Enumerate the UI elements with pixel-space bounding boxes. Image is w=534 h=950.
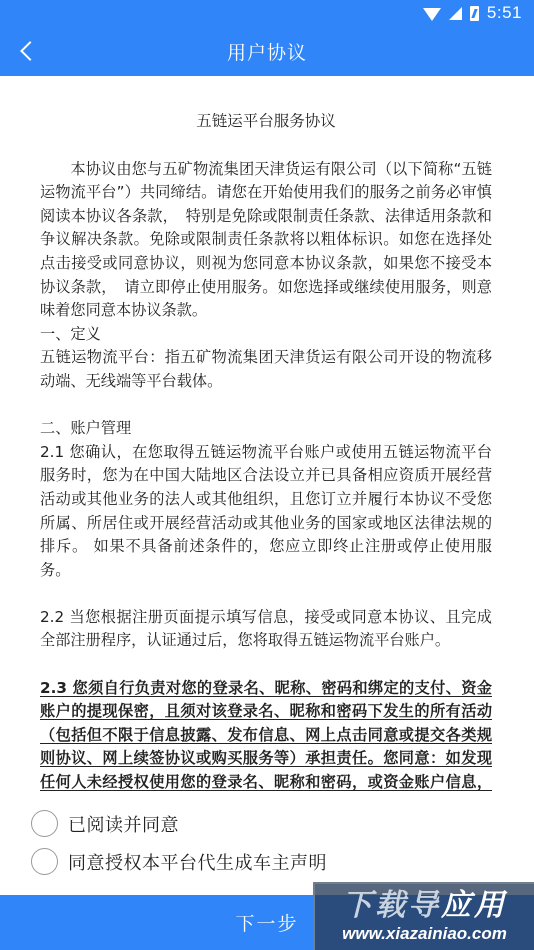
app-bar: 用户协议 <box>0 26 534 76</box>
wifi-icon <box>423 8 441 21</box>
authorize-owner-statement-label: 同意授权本平台代生成车主声明 <box>68 849 327 875</box>
clause-2-1: 2.1 您确认，在您取得五链运物流平台账户或使用五链运物流平台服务时，您为在中国… <box>40 441 492 583</box>
agreement-document[interactable]: 五链运平台服务协议 本协议由您与五矿物流集团天津货运有限公司（以下简称“五链运物… <box>0 76 534 794</box>
watermark-title-plain: 下载导 <box>342 888 441 923</box>
authorize-owner-statement-checkbox[interactable]: 同意授权本平台代生成车主声明 <box>31 848 327 875</box>
read-and-agree-label: 已阅读并同意 <box>68 811 179 837</box>
clause-2-3-liability: 2.3 您须自行负责对您的登录名、昵称、密码和绑定的支付、资金账户的提现保密，且… <box>40 677 492 794</box>
watermark-logo: 下载导应用 www.xiazainiao.com <box>313 882 534 950</box>
intro-paragraph: 本协议由您与五矿物流集团天津货运有限公司（以下简称“五链运物流平台”）共同缔结。… <box>40 158 492 323</box>
spacer <box>40 582 492 606</box>
chevron-left-icon <box>20 41 40 61</box>
battery-charging-icon <box>470 6 479 21</box>
status-time: 5:51 <box>487 3 522 23</box>
status-bar: 5:51 <box>0 0 534 26</box>
radio-circle-icon[interactable] <box>31 848 58 875</box>
section-1-heading: 一、定义 <box>40 323 492 347</box>
watermark-title: 下载导应用 <box>342 889 507 923</box>
agreement-checkboxes: 已阅读并同意 同意授权本平台代生成车主声明 <box>0 794 534 894</box>
section-1-definition: 五链运物流平台：指五矿物流集团天津货运有限公司开设的物流移动端、无线端等平台载体… <box>40 346 492 393</box>
document-title: 五链运平台服务协议 <box>40 110 492 134</box>
page-title: 用户协议 <box>227 38 307 65</box>
radio-circle-icon[interactable] <box>31 810 58 837</box>
back-button[interactable] <box>14 38 40 64</box>
spacer <box>40 394 492 418</box>
spacer <box>40 653 492 677</box>
watermark-title-highlight: 应用 <box>441 888 507 923</box>
read-and-agree-checkbox[interactable]: 已阅读并同意 <box>31 810 179 837</box>
clause-2-2: 2.2 当您根据注册页面提示填写信息，接受或同意本协议、且完成全部注册程序，认证… <box>40 606 492 653</box>
watermark-url: www.xiazainiao.com <box>342 923 507 945</box>
section-2-heading: 二、账户管理 <box>40 417 492 441</box>
signal-icon <box>449 7 462 20</box>
